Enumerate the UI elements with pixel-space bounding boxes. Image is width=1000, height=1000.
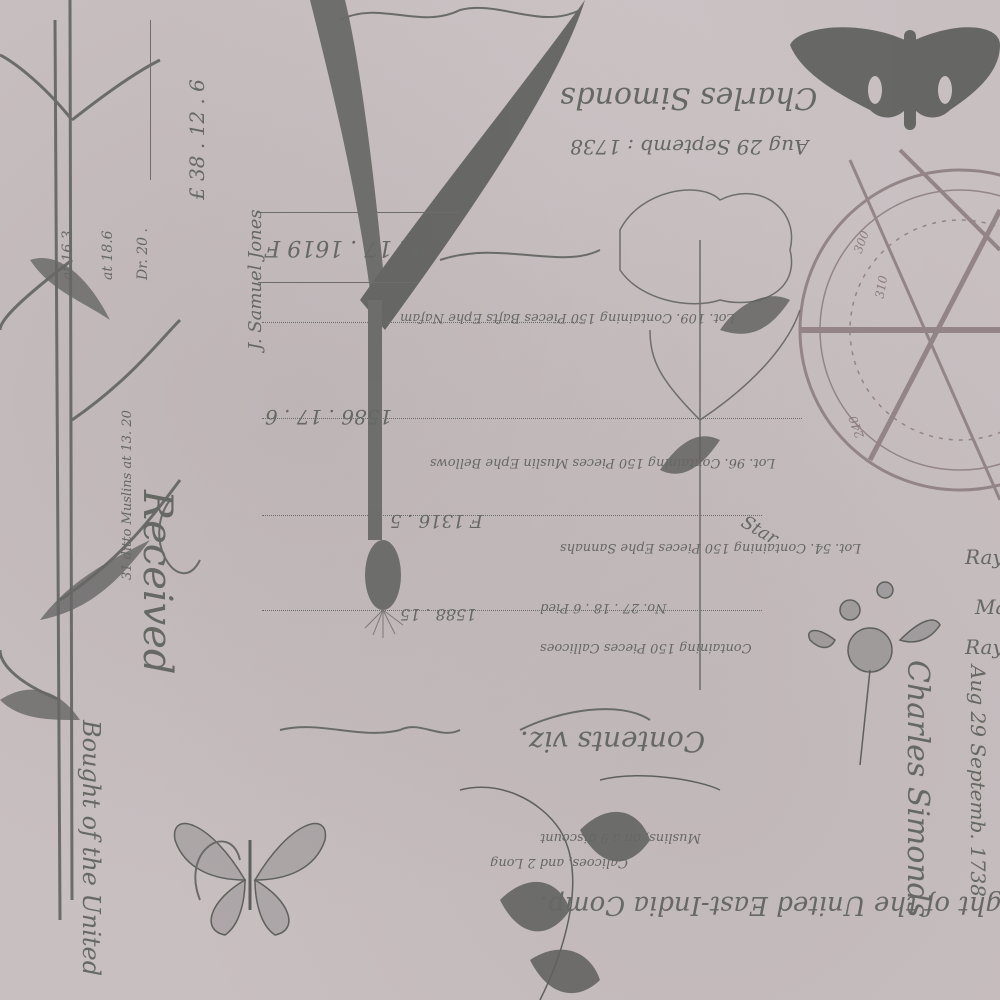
ledger-rule bbox=[262, 515, 762, 516]
date-vertical: Aug 29 Septemb. 1738 bbox=[966, 665, 990, 897]
ledger-row: F 1316 . 5 bbox=[390, 510, 483, 531]
heading-vertical: Bought of the United bbox=[77, 720, 105, 976]
signature-vertical: J. Samuel Jones bbox=[245, 209, 266, 350]
ledger-row: No. 27 . 18 . 6 Pied bbox=[540, 600, 666, 615]
ledger-rule bbox=[150, 20, 153, 180]
ledger-row: Lot. 109. Containing 150 Pieces Bafts Ep… bbox=[400, 310, 735, 325]
date-text: Aug 29 Septemb : 1738 bbox=[570, 135, 809, 159]
ledger-rule bbox=[262, 610, 762, 611]
receipt-vertical: Received bbox=[134, 490, 180, 675]
name-vertical: Charles Simonds bbox=[900, 660, 935, 917]
ledger-row: 9 . 17 . 1619 F bbox=[265, 235, 427, 260]
misc-text: Muslins, on a 9 discount bbox=[540, 830, 701, 845]
receipt-note: 31 ditto Muslins at 13. 20 bbox=[120, 410, 135, 580]
ledger-row: Lot. 54. Containing 150 Pieces Ephe Sann… bbox=[560, 540, 861, 555]
misc-text: Mar bbox=[975, 595, 1000, 619]
heading-contents: Contents viz. bbox=[520, 725, 705, 758]
misc-text: Ray bbox=[965, 545, 1000, 569]
ledger-vertical: Dr. 20 . bbox=[135, 228, 151, 280]
ledger-row: Containing 150 Pieces Callicoes bbox=[540, 640, 752, 655]
ledger-vertical: at 18.6 bbox=[100, 230, 116, 280]
ledger-row: Lot. 96. Containing 150 Pieces Muslin Ep… bbox=[430, 455, 775, 470]
fabric-pattern: 9 . 17 . 1619 F Lot. 109. Containing 150… bbox=[0, 0, 1000, 1000]
ledger-row: 1586 . 17 . 6 bbox=[265, 405, 392, 429]
ledger-row: 1588 . 15 bbox=[400, 605, 476, 624]
ledger-rule bbox=[258, 212, 458, 213]
misc-text: Ray bbox=[965, 635, 1000, 659]
name-text: Charles Simonds bbox=[560, 80, 817, 115]
ledger-rule bbox=[258, 282, 418, 283]
sum-vertical: £ 38 . 12 . 6 bbox=[185, 79, 209, 200]
ledger-vertical: at 16.3 bbox=[60, 230, 76, 280]
misc-text: Calicoes, and 2 Long bbox=[490, 855, 628, 870]
